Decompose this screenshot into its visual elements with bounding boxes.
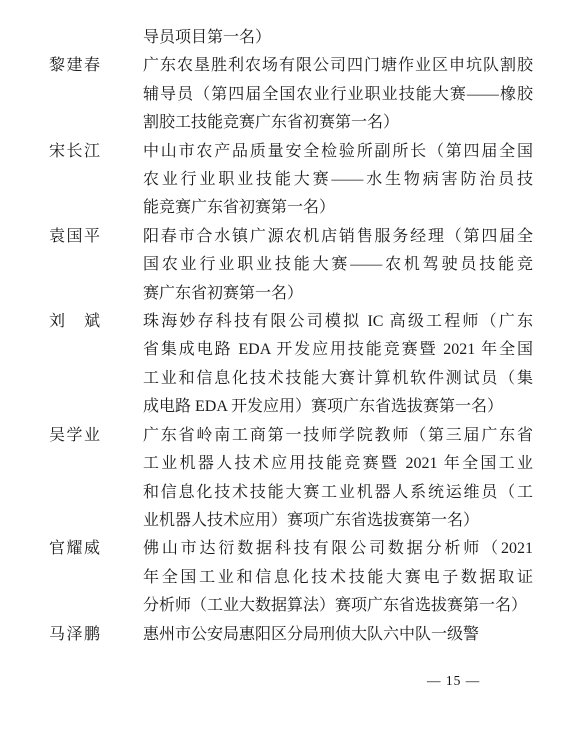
description-line: 年全国工业和信息化技术技能大赛电子数据取证	[143, 564, 533, 592]
description-line: 割胶工技能竞赛广东省初赛第一名）	[143, 109, 533, 137]
list-item: 刘 斌 珠海妙存科技有限公司模拟 IC 高级工程师（广东 省集成电路 EDA 开…	[49, 308, 533, 422]
person-name: 吴学业	[49, 422, 100, 450]
person-name: 黎建春	[49, 52, 100, 80]
description-line: 阳春市合水镇广源农机店销售服务经理（第四届全	[143, 223, 533, 251]
document-page: { "page": { "background": "#ffffff", "te…	[0, 0, 566, 731]
entry-description: 佛山市达衍数据科技有限公司数据分析师（2021 年全国工业和信息化技术技能大赛电…	[143, 535, 533, 620]
description-line: 惠州市公安局惠阳区分局刑侦大队六中队一级警	[143, 621, 533, 649]
list-item-continuation: 导员项目第一名）	[49, 24, 533, 52]
list-item: 黎建春 广东农垦胜利农场有限公司四门塘作业区申坑队割胶 辅导员（第四届全国农业行…	[49, 52, 533, 137]
description-line: 佛山市达衍数据科技有限公司数据分析师（2021	[143, 535, 533, 563]
description-line: 农业行业职业技能大赛——水生物病害防治员技	[143, 166, 533, 194]
entry-description: 导员项目第一名）	[143, 24, 533, 52]
description-line: 省集成电路 EDA 开发应用技能竞赛暨 2021 年全国	[143, 336, 533, 364]
description-line: 业机器人技术应用）赛项广东省选拔赛第一名）	[143, 507, 533, 535]
list-item: 马泽鹏 惠州市公安局惠阳区分局刑侦大队六中队一级警	[49, 621, 533, 649]
person-name: 宋长江	[49, 138, 100, 166]
entry-description: 中山市农产品质量安全检验所副所长（第四届全国 农业行业职业技能大赛——水生物病害…	[143, 138, 533, 223]
description-line: 广东省岭南工商第一技师学院教师（第三届广东省	[143, 422, 533, 450]
entry-description: 广东农垦胜利农场有限公司四门塘作业区申坑队割胶 辅导员（第四届全国农业行业职业技…	[143, 52, 533, 137]
description-line: 珠海妙存科技有限公司模拟 IC 高级工程师（广东	[143, 308, 533, 336]
description-line: 赛广东省初赛第一名）	[143, 280, 533, 308]
description-line: 导员项目第一名）	[143, 24, 533, 52]
description-line: 工业机器人技术应用技能竞赛暨 2021 年全国工业	[143, 450, 533, 478]
award-list: 导员项目第一名） 黎建春 广东农垦胜利农场有限公司四门塘作业区申坑队割胶 辅导员…	[49, 24, 533, 649]
description-line: 和信息化技术技能大赛工业机器人系统运维员（工	[143, 479, 533, 507]
person-name: 官耀威	[49, 535, 100, 563]
description-line: 中山市农产品质量安全检验所副所长（第四届全国	[143, 138, 533, 166]
person-name: 刘 斌	[49, 308, 100, 336]
entry-description: 阳春市合水镇广源农机店销售服务经理（第四届全 国农业行业职业技能大赛——农机驾驶…	[143, 223, 533, 308]
description-line: 广东农垦胜利农场有限公司四门塘作业区申坑队割胶	[143, 52, 533, 80]
description-line: 成电路 EDA 开发应用）赛项广东省选拔赛第一名）	[143, 393, 533, 421]
list-item: 官耀威 佛山市达衍数据科技有限公司数据分析师（2021 年全国工业和信息化技术技…	[49, 535, 533, 620]
person-name: 马泽鹏	[49, 621, 100, 649]
description-line: 辅导员（第四届全国农业行业职业技能大赛——橡胶	[143, 81, 533, 109]
list-item: 袁国平 阳春市合水镇广源农机店销售服务经理（第四届全 国农业行业职业技能大赛——…	[49, 223, 533, 308]
list-item: 宋长江 中山市农产品质量安全检验所副所长（第四届全国 农业行业职业技能大赛——水…	[49, 138, 533, 223]
description-line: 国农业行业职业技能大赛——农机驾驶员技能竞	[143, 251, 533, 279]
description-line: 能竞赛广东省初赛第一名）	[143, 194, 533, 222]
list-item: 吴学业 广东省岭南工商第一技师学院教师（第三届广东省 工业机器人技术应用技能竞赛…	[49, 422, 533, 536]
entry-description: 珠海妙存科技有限公司模拟 IC 高级工程师（广东 省集成电路 EDA 开发应用技…	[143, 308, 533, 422]
description-line: 工业和信息化技术技能大赛计算机软件测试员（集	[143, 365, 533, 393]
description-line: 分析师（工业大数据算法）赛项广东省选拔赛第一名）	[143, 592, 533, 620]
entry-description: 惠州市公安局惠阳区分局刑侦大队六中队一级警	[143, 621, 533, 649]
page-number: — 15 —	[427, 673, 480, 689]
person-name: 袁国平	[49, 223, 100, 251]
entry-description: 广东省岭南工商第一技师学院教师（第三届广东省 工业机器人技术应用技能竞赛暨 20…	[143, 422, 533, 536]
